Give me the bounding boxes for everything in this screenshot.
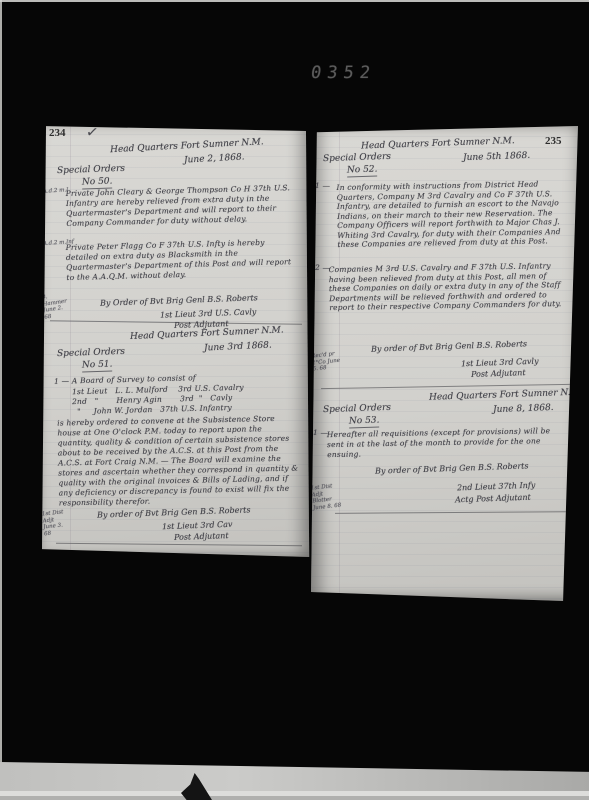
order50-by-order: By Order of Bvt Brig Genl B.S. Roberts [100,293,258,309]
order53-so-number: No 53. [349,415,380,428]
scanner-bed-base [0,796,589,800]
order50-heading: Head Quarters Fort Sumner N.M. [110,135,310,155]
order50-margin-code-2: A.d.2 m.Inf [43,239,74,248]
order52-signature-title: Post Adjutant [471,368,526,380]
order52-margin-note: Rec'd pr 2°Co June 5. 68 [311,350,343,373]
order50-date: June 2, 1868. [184,152,245,165]
scan-edge-left [0,0,2,764]
order52-paragraph-2: Companies M 3rd U.S. Cavalry and F 37th … [329,261,568,313]
order50-margin-note-line2: June 2. 68 [43,305,63,320]
order51-body: is hereby ordered to convene at the Subs… [57,413,299,508]
order51-margin-note-line2: June 3. 68 [43,522,63,536]
order53-signature-title: Actg Post Adjutant [455,493,531,506]
section-divider [335,511,571,514]
order52-heading: Head Quarters Fort Sumner N.M. [361,135,561,152]
order50-so-label: Special Orders [57,164,125,176]
order53-paragraph: Hereafter all requisitions (except for p… [327,426,565,460]
ledger-page-left: 234 ✓ Head Quarters Fort Sumner N.M. Jun… [42,124,310,560]
order53-date: June 8, 1868. [493,403,554,415]
order50-paragraph-2: Private Peter Flagg Co F 37th U.S. Infty… [66,237,299,283]
order50-paragraph-1: Private John Cleary & George Thompson Co… [66,183,297,229]
order52-by-order: By order of Bvt Brig Genl B.S. Roberts [371,339,527,354]
order50-signature-rank: 1st Lieut 3rd U.S. Cavly [160,307,257,320]
order52-para1-number: 1 — [315,181,330,191]
order52-date: June 5th 1868. [463,151,530,163]
order53-signature-rank: 2nd Lieut 37th Infy [457,481,536,494]
order50-margin-note: B. Hammer June 2. 68 [41,291,70,320]
order52-so-label: Special Orders [323,152,391,164]
order51-signature-title: Post Adjutant [174,531,229,543]
order53-so-label: Special Orders [323,403,391,415]
order51-so-label: Special Orders [57,347,125,359]
page-bottom-rule [56,543,302,547]
order52-so-number: No 52. [347,164,378,177]
order51-by-order: By order of Bvt Brig Gen B.S. Roberts [97,505,251,520]
order52-signature-rank: 1st Lieut 3rd Cavly [461,357,539,370]
order52-paragraph-1: In conformity with instructions from Dis… [336,179,565,249]
order52-margin-note-line2: 2°Co June 5. 68 [312,357,341,372]
ledger-page-right: 235 Head Quarters Fort Sumner N.M. June … [311,126,578,602]
order51-date: June 3rd 1868. [204,341,272,354]
order53-margin-note: 1st Dist Adjt Blotter June 8. 68 [311,483,344,512]
photograph-background: 0352 234 ✓ Head Quarters Fort Sumner N.M… [0,0,589,800]
frame-counter-stamp: 0352 [310,63,378,83]
scanner-bed-strip [0,762,589,793]
order51-margin-note: 1st Dist Adjt June 3. 68 [42,509,73,538]
page-number-left: 234 [49,127,66,139]
order53-by-order: By order of Bvt Brig Gen B.S. Roberts [375,461,529,476]
order53-margin-note-line2: Blotter June 8. 68 [312,497,341,511]
checkmark: ✓ [85,122,100,142]
order51-so-number: No 51. [82,359,113,372]
scan-edge-top [0,0,589,2]
order53-heading: Head Quarters Fort Sumner N.M. [429,387,589,403]
